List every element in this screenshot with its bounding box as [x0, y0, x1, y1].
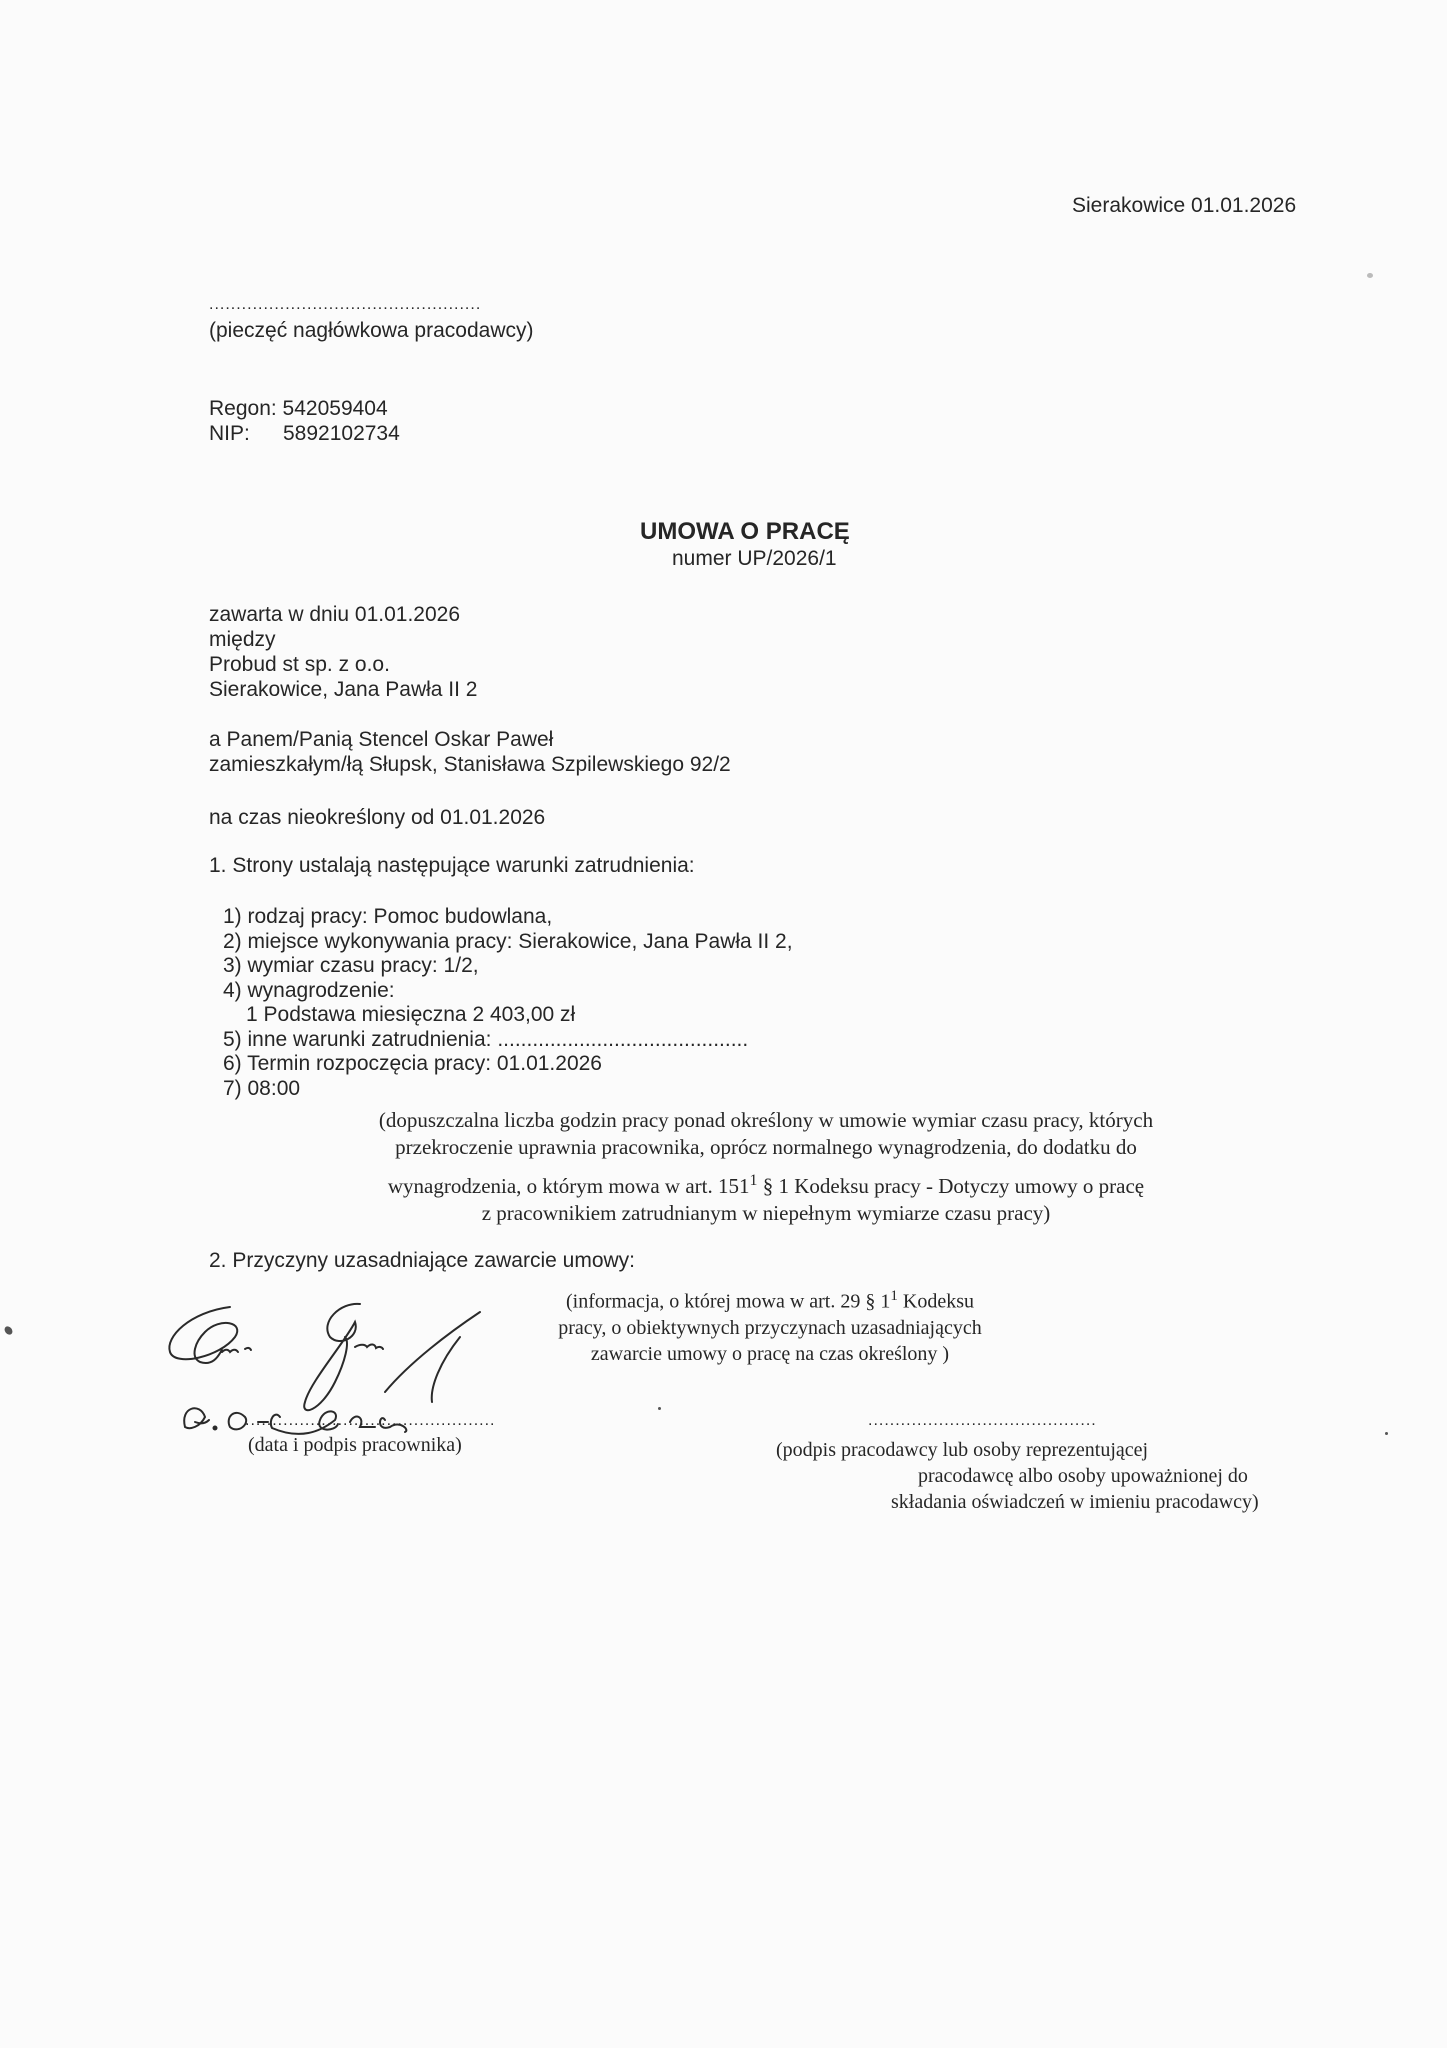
section-2-heading: 2. Przyczyny uzasadniające zawarcie umow… [209, 1248, 635, 1273]
note-text: § 1 Kodeksu pracy - Dotyczy umowy o prac… [757, 1174, 1144, 1198]
reasons-note-line: pracy, o obiektywnych przyczynach uzasad… [520, 1315, 1020, 1341]
superscript: 1 [890, 1288, 898, 1304]
term-type-of-work: 1) rodzaj pracy: Pomoc budowlana, [223, 904, 793, 929]
employee-block: a Panem/Panią Stencel Oskar Paweł zamies… [209, 727, 731, 777]
employer-signature-label-line: (podpis pracodawcy lub osoby reprezentuj… [776, 1437, 1259, 1463]
employee-signature-line: ........................................… [245, 1412, 495, 1430]
stamp-placeholder-line: ........................................… [209, 296, 481, 314]
scan-speck [1385, 1432, 1388, 1435]
conclusion-date: zawarta w dniu 01.01.2026 [209, 602, 477, 627]
contract-period: na czas nieokreślony od 01.01.2026 [209, 805, 545, 830]
note-text: (informacja, o której mowa w art. 29 § 1 [566, 1291, 890, 1313]
nip-label: NIP: [209, 422, 250, 445]
employee-name: a Panem/Panią Stencel Oskar Paweł [209, 727, 731, 752]
scanned-document-page: { "header": { "place_date": "Sierakowice… [0, 0, 1447, 2048]
employer-signature-label-line: składania oświadczeń w imieniu pracodawc… [776, 1489, 1259, 1515]
employee-address: zamieszkałym/łą Słupsk, Stanisława Szpil… [209, 752, 731, 777]
place-and-date: Sierakowice 01.01.2026 [1072, 193, 1296, 218]
scan-speck [658, 1407, 661, 1410]
overtime-note-line: z pracownikiem zatrudnianym w niepełnym … [336, 1200, 1196, 1227]
overtime-note-line: wynagrodzenia, o którym mowa w art. 1511… [336, 1167, 1196, 1200]
term-salary: 4) wynagrodzenie: [223, 978, 793, 1003]
contract-number: numer UP/2026/1 [672, 546, 1447, 571]
employment-terms-list: 1) rodzaj pracy: Pomoc budowlana, 2) mie… [223, 904, 793, 1100]
employer-signature-label: (podpis pracodawcy lub osoby reprezentuj… [776, 1437, 1259, 1515]
scan-speck [3, 1325, 14, 1336]
employee-signature-label: (data i podpis pracownika) [248, 1434, 462, 1457]
reasons-note-line: zawarcie umowy o pracę na czas określony… [520, 1341, 1020, 1367]
reasons-note: (informacja, o której mowa w art. 29 § 1… [520, 1283, 1020, 1367]
title-heading: UMOWA O PRACĘ [640, 518, 1447, 546]
term-salary-base: 1 Podstawa miesięczna 2 403,00 zł [223, 1002, 793, 1027]
employer-signature-line: ........................................… [868, 1412, 1097, 1430]
term-other-conditions: 5) inne warunki zatrudnienia: ..........… [223, 1027, 793, 1052]
employer-address: Sierakowice, Jana Pawła II 2 [209, 677, 477, 702]
reasons-note-line: (informacja, o której mowa w art. 29 § 1… [520, 1283, 1020, 1315]
term-working-time: 3) wymiar czasu pracy: 1/2, [223, 953, 793, 978]
note-text: wynagrodzenia, o którym mowa w art. 151 [388, 1174, 750, 1198]
term-place-of-work: 2) miejsce wykonywania pracy: Sierakowic… [223, 929, 793, 954]
nip-number: NIP: 5892102734 [209, 421, 250, 446]
parties-block: zawarta w dniu 01.01.2026 między Probud … [209, 602, 477, 702]
section-1-heading: 1. Strony ustalają następujące warunki z… [209, 853, 695, 878]
overtime-note: (dopuszczalna liczba godzin pracy ponad … [336, 1107, 1196, 1227]
employer-signature-label-line: pracodawcę albo osoby upoważnionej do [776, 1463, 1259, 1489]
note-text: Kodeksu [898, 1291, 974, 1313]
stamp-label: (pieczęć nagłówkowa pracodawcy) [209, 318, 534, 343]
scan-speck [1367, 273, 1373, 278]
term-overtime-hours: 7) 08:00 [223, 1076, 793, 1101]
document-title: UMOWA O PRACĘ numer UP/2026/1 [0, 518, 1447, 571]
nip-value: 5892102734 [283, 421, 400, 446]
regon-number: Regon: 542059404 [209, 396, 388, 421]
employer-name: Probud st sp. z o.o. [209, 652, 477, 677]
between-label: między [209, 627, 477, 652]
overtime-note-line: (dopuszczalna liczba godzin pracy ponad … [336, 1107, 1196, 1134]
term-start-date: 6) Termin rozpoczęcia pracy: 01.01.2026 [223, 1051, 793, 1076]
overtime-note-line: przekroczenie uprawnia pracownika, opróc… [336, 1134, 1196, 1161]
